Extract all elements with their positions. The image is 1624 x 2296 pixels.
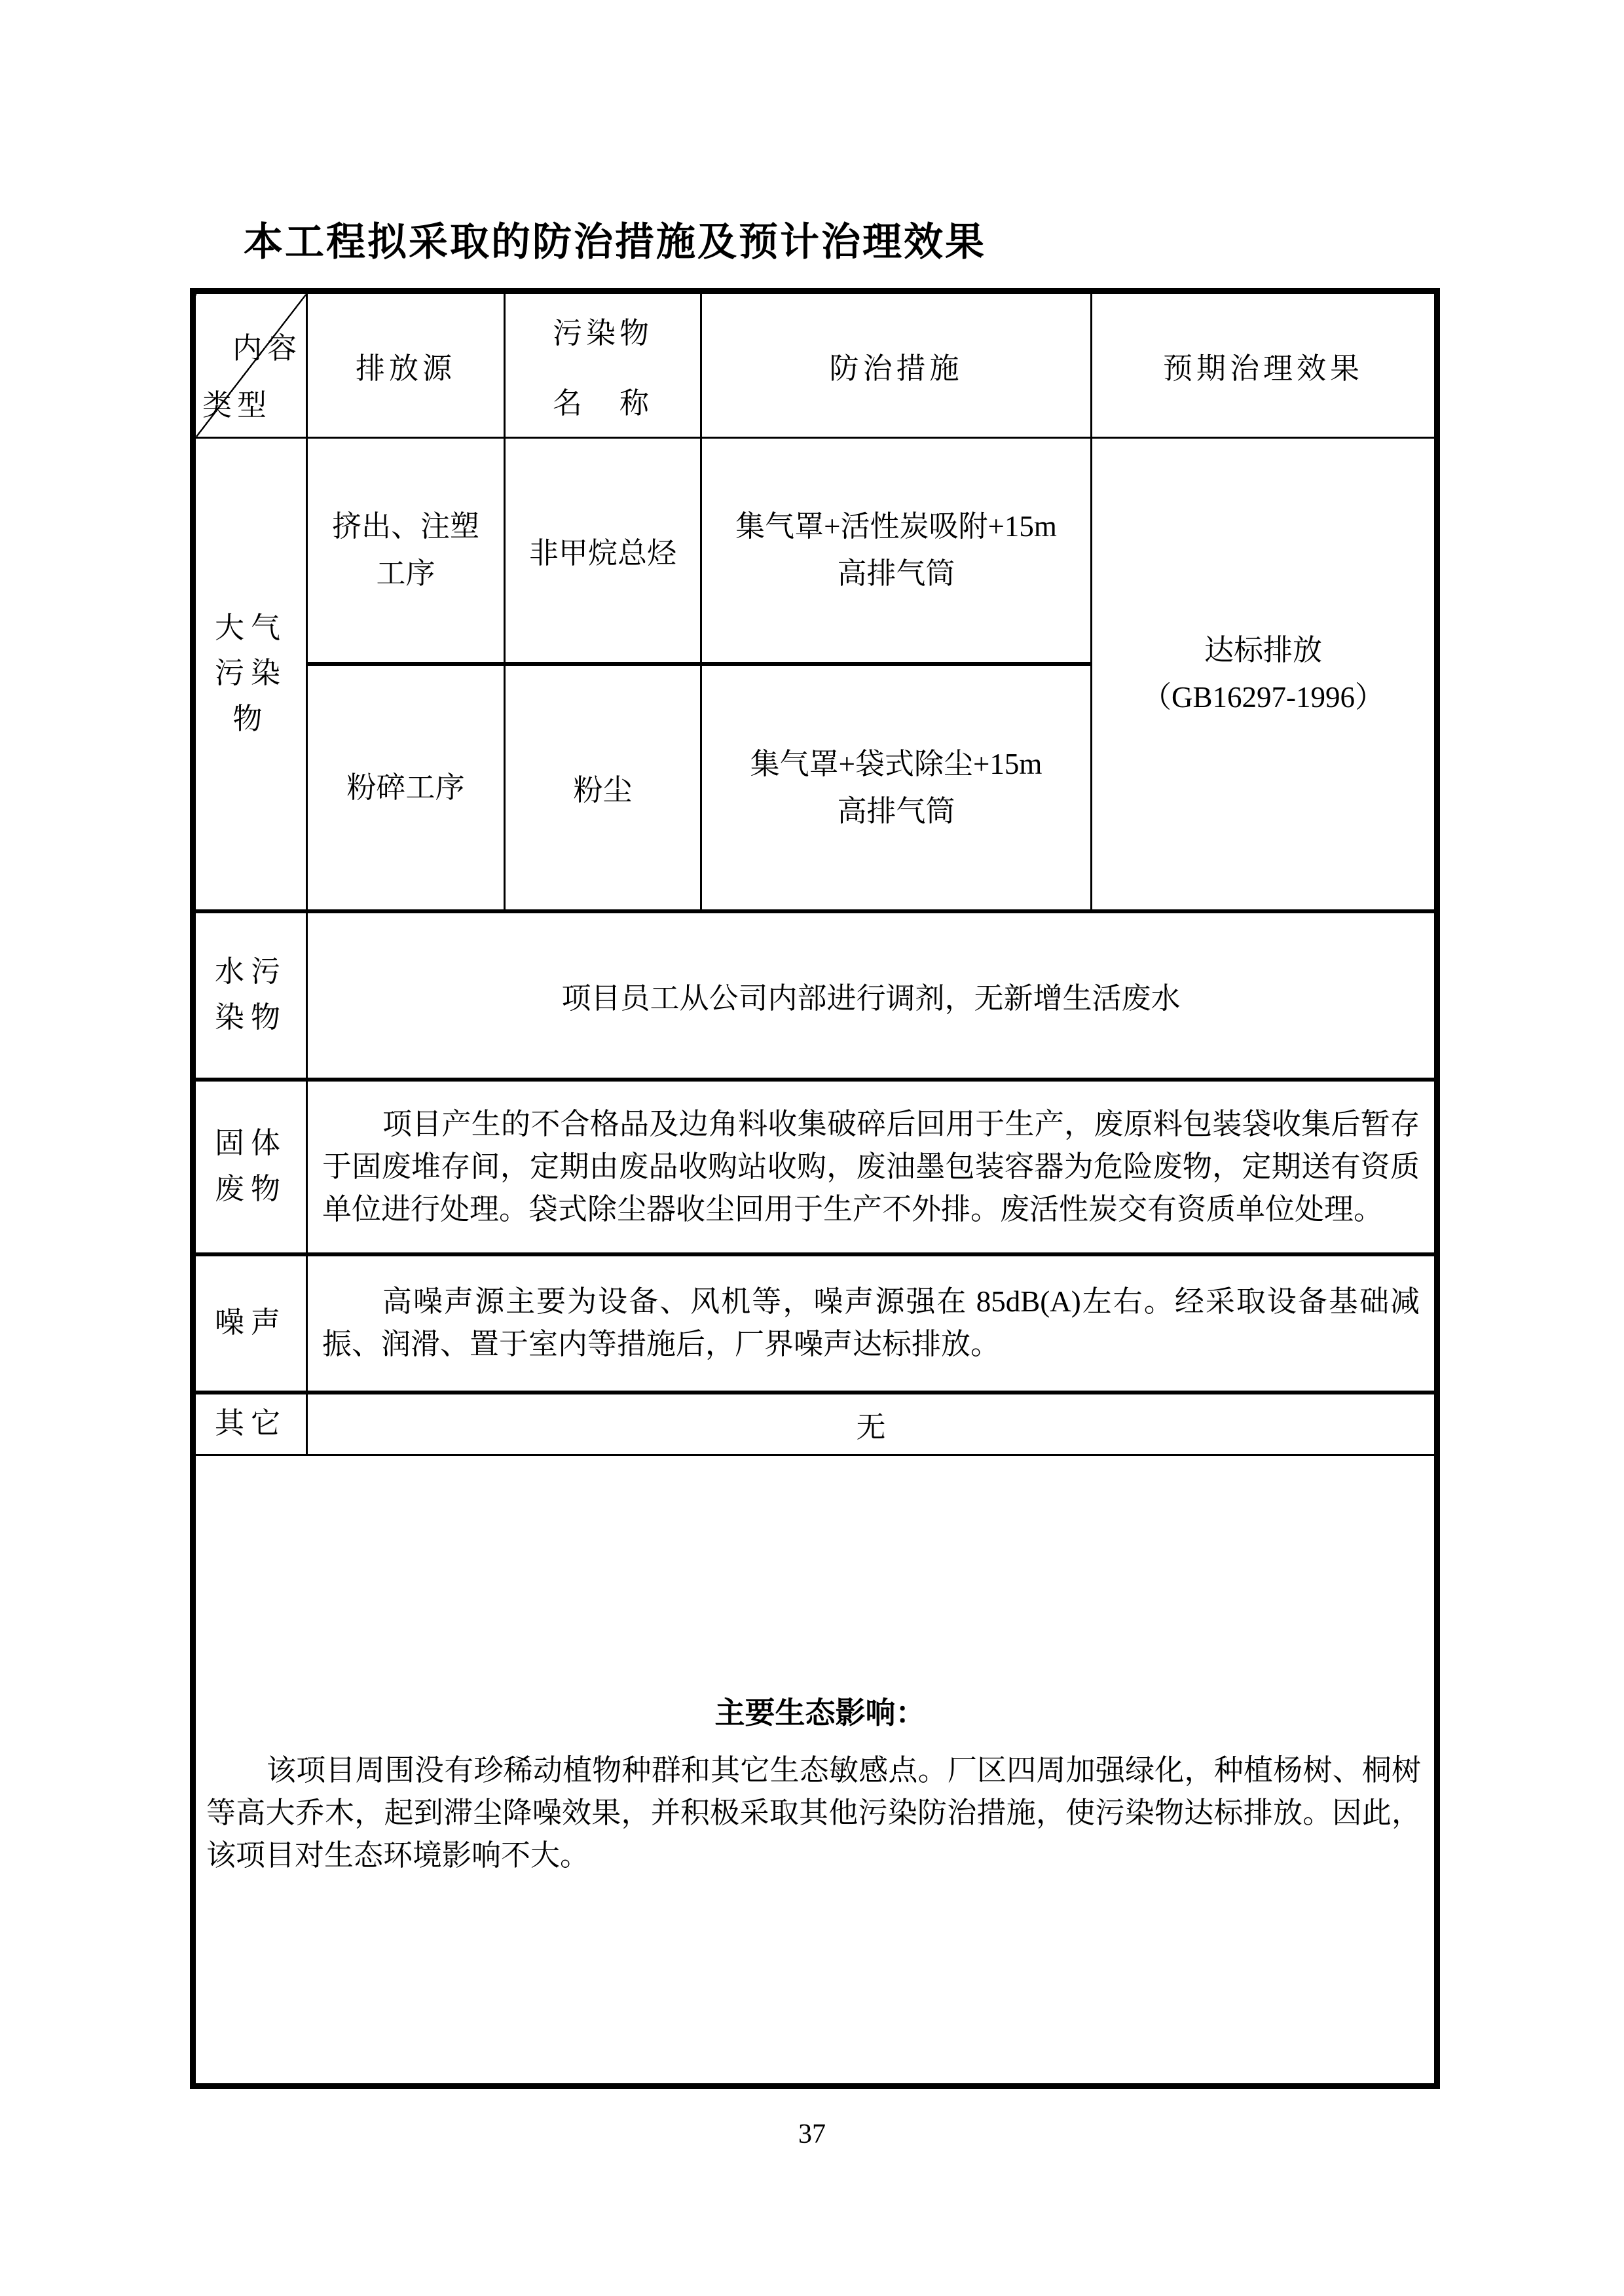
water-content: 项目员工从公司内部进行调剂，无新增生活废水: [561, 982, 1180, 1015]
air-row2-pollutant-cell: 粉尘: [505, 664, 701, 911]
air-row2-measure-line2: 高排气筒: [702, 788, 1090, 835]
air-row1-pollutant-cell: 非甲烷总烃: [505, 438, 701, 664]
solid-category-label: 固体废物: [212, 1121, 289, 1212]
air-row2-source: 粉碎工序: [346, 764, 464, 811]
air-row1-measure-line1: 集气罩+活性炭吸附+15m: [702, 503, 1090, 550]
solid-waste-row: 固体废物 项目产生的不合格品及边角料收集破碎后回用于生产，废原料包装袋收集后暂存…: [193, 1080, 1437, 1254]
air-row2-measure-cell: 集气罩+袋式除尘+15m 高排气筒: [701, 664, 1092, 911]
air-category-cell: 大气污染物: [193, 438, 307, 911]
air-row1-source: 挤出、注塑工序: [322, 503, 490, 597]
air-effect-cell: 达标排放 （GB16297-1996）: [1092, 438, 1437, 911]
air-effect-line1: 达标排放: [1092, 627, 1434, 674]
header-pollutant-cell: 污染物 名 称: [505, 291, 701, 438]
header-source-cell: 排放源: [307, 291, 505, 438]
header-pollutant-label-line1: 污染物: [506, 309, 700, 352]
solid-category-cell: 固体废物: [193, 1080, 307, 1254]
water-category-label: 水污染物: [212, 949, 289, 1041]
page-number: 37: [0, 2119, 1624, 2150]
measures-table: 内容 类型 排放源 污染物 名 称 防治措施 预期治理效果 大气污染物: [190, 288, 1440, 2089]
water-content-cell: 项目员工从公司内部进行调剂，无新增生活废水: [307, 911, 1437, 1080]
document-page: 本工程拟采取的防治措施及预计治理效果 内容 类型 排放源 污染物 名 称 防治措…: [0, 0, 1624, 2296]
noise-row: 噪声 高噪声源主要为设备、风机等，噪声源强在 85dB(A)左右。经采取设备基础…: [193, 1254, 1437, 1393]
other-content-cell: 无: [307, 1393, 1437, 1455]
header-effect-label: 预期治理效果: [1163, 352, 1363, 385]
other-row: 其它 无: [193, 1393, 1437, 1455]
ecology-row: 主要生态影响： 该项目周围没有珍稀动植物种群和其它生态敏感点。厂区四周加强绿化，…: [193, 1455, 1437, 2086]
header-effect-cell: 预期治理效果: [1092, 291, 1437, 438]
ecology-cell: 主要生态影响： 该项目周围没有珍稀动植物种群和其它生态敏感点。厂区四周加强绿化，…: [193, 1455, 1437, 2086]
air-row1-measure-line2: 高排气筒: [702, 550, 1090, 597]
other-category-label: 其它: [212, 1401, 289, 1447]
noise-category-label: 噪声: [212, 1300, 289, 1346]
noise-category-cell: 噪声: [193, 1254, 307, 1393]
header-measures-cell: 防治措施: [701, 291, 1092, 438]
solid-content: 项目产生的不合格品及边角料收集破碎后回用于生产，废原料包装袋收集后暂存于固废堆存…: [308, 1099, 1434, 1235]
air-row1-source-cell: 挤出、注塑工序: [307, 438, 505, 664]
ecology-content: 该项目周围没有珍稀动植物种群和其它生态敏感点。厂区四周加强绿化，种植杨树、桐树等…: [196, 1749, 1434, 1877]
page-title: 本工程拟采取的防治措施及预计治理效果: [244, 211, 986, 267]
solid-content-cell: 项目产生的不合格品及边角料收集破碎后回用于生产，废原料包装袋收集后暂存于固废堆存…: [307, 1080, 1437, 1254]
air-row2-source-cell: 粉碎工序: [307, 664, 505, 911]
air-row2-pollutant: 粉尘: [573, 774, 632, 807]
air-row2-measure-line1: 集气罩+袋式除尘+15m: [702, 740, 1090, 788]
air-category-label: 大气污染物: [212, 606, 289, 742]
air-row-1: 大气污染物 挤出、注塑工序 非甲烷总烃 集气罩+活性炭吸附+15m 高排气筒 达…: [193, 438, 1437, 664]
air-row1-pollutant: 非甲烷总烃: [529, 537, 676, 570]
noise-content: 高噪声源主要为设备、风机等，噪声源强在 85dB(A)左右。经采取设备基础减振、…: [308, 1277, 1434, 1370]
other-content: 无: [856, 1411, 885, 1444]
header-source-label: 排放源: [356, 352, 456, 385]
air-row1-measure-cell: 集气罩+活性炭吸附+15m 高排气筒: [701, 438, 1092, 664]
table-header-row: 内容 类型 排放源 污染物 名 称 防治措施 预期治理效果: [193, 291, 1437, 438]
noise-content-cell: 高噪声源主要为设备、风机等，噪声源强在 85dB(A)左右。经采取设备基础减振、…: [307, 1254, 1437, 1393]
other-category-cell: 其它: [193, 1393, 307, 1455]
header-corner-content-label: 内容: [232, 324, 302, 367]
air-effect-line2: （GB16297-1996）: [1092, 674, 1434, 721]
ecology-heading: 主要生态影响：: [206, 1689, 1434, 1732]
water-category-cell: 水污染物: [193, 911, 307, 1080]
header-pollutant-label-line2: 名 称: [506, 379, 700, 422]
header-corner-cell: 内容 类型: [193, 291, 307, 438]
header-corner-type-label: 类型: [202, 381, 272, 424]
water-row: 水污染物 项目员工从公司内部进行调剂，无新增生活废水: [193, 911, 1437, 1080]
header-measures-label: 防治措施: [829, 352, 963, 385]
